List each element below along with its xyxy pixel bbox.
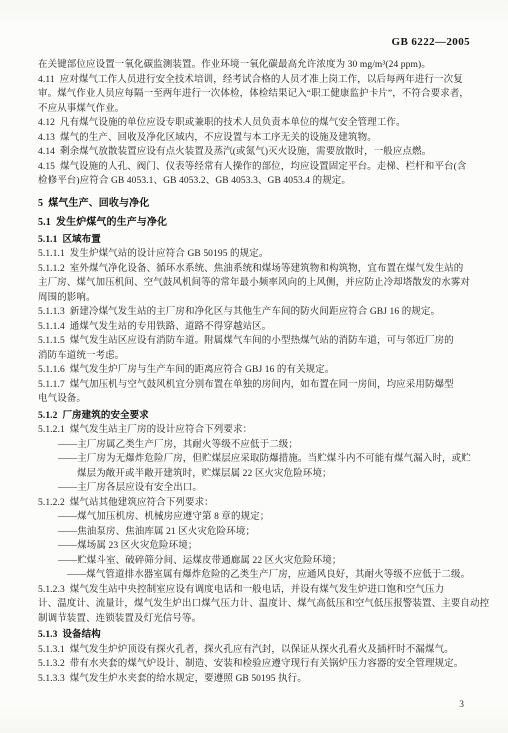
text-line: ——煤场属 23 区火灾危险环境； bbox=[58, 539, 476, 554]
text-line: 5.1.1.3 新建冷煤气发生站的主厂房和净化区与其他生产车间的防火间距应符合 … bbox=[38, 305, 476, 320]
text-line: 5.1.3.1 煤气发生炉炉顶设有探火孔者，探火孔应有汽封，以保证从探火孔看火及… bbox=[38, 643, 476, 658]
text-line: 5.1.1.6 煤气发生炉厂房与生产车间的距离应符合 GBJ 16 的有关规定。 bbox=[38, 363, 476, 378]
text-line: 5.1.1.5 煤气发生站区应设有消防车道。附属煤气车间的小型热煤气站的消防车道… bbox=[38, 334, 476, 349]
text-line: ——焦油泵房、焦油库属 21 区火灾危险环境； bbox=[58, 525, 476, 540]
text-line: 4.13 煤气的生产、回收及净化区域内，不应设置与本工序无关的设施及建筑物。 bbox=[38, 131, 476, 146]
text-line: 5.1.3.3 煤气发生炉水夹套的给水规定，要遵照 GB 50195 执行。 bbox=[38, 672, 476, 687]
text-line: 5.1.2.1 煤气发生站主厂房的设计应符合下列要求： bbox=[38, 423, 476, 438]
text-line: 审。煤气作业人员应每隔一至两年进行一次体检，体检结果记入“职工健康监护卡片”，不… bbox=[38, 87, 476, 102]
section-heading: 5.1.1 区域布置 bbox=[38, 233, 476, 248]
text-line: 5.1.1.1 发生炉煤气站的设计应符合 GB 50195 的规定。 bbox=[38, 247, 476, 262]
text-line: 电气设备。 bbox=[38, 392, 476, 407]
text-line: 5.1.2.3 煤气发生站中央控制室应设有调度电话和一般电话，并设有煤气发生炉进… bbox=[38, 583, 476, 598]
standard-code-header: GB 6222—2005 bbox=[392, 36, 470, 48]
text-line: 消防车道统一考虑。 bbox=[38, 349, 476, 364]
text-line: 计、温度计、流量计，煤气发生炉出口煤气压力计、温度计、煤气高低压和空气低压报警装… bbox=[38, 597, 476, 612]
text-line: 不应从事煤气作业。 bbox=[38, 102, 476, 117]
text-line: 5.1.1.2 室外煤气净化设备、循环水系统、焦油系统和煤场等建筑物和构筑物，宜… bbox=[38, 262, 476, 277]
text-line: ——贮煤斗室、破碎筛分间、运煤皮带通廊属 22 区火灾危险环境； bbox=[58, 554, 476, 569]
text-line: 5.1.2.2 煤气站其他建筑应符合下列要求： bbox=[38, 496, 476, 511]
text-line: 周围的影响。 bbox=[38, 291, 476, 306]
section-heading: 5.1.2 厂房建筑的安全要求 bbox=[38, 409, 476, 424]
text-line: 主厂房、煤气加压机间、空气鼓风机间等的常年最小频率风向的上风侧，并应防止冷却塔散… bbox=[38, 276, 476, 291]
text-line: 4.15 煤气设施的人孔、阀门、仪表等经常有人操作的部位，均应设置固定平台。走梯… bbox=[38, 160, 476, 175]
text-line: ——煤气加压机房、机械房应遵守第 8 章的规定； bbox=[58, 510, 476, 525]
text-line: ——主厂房各层应设有安全出口。 bbox=[58, 481, 476, 496]
section-heading: 5.1 发生炉煤气的生产与净化 bbox=[38, 216, 476, 231]
text-line: 4.12 凡有煤气设施的单位应设专职或兼职的技术人员负责本单位的煤气安全管理工作… bbox=[38, 116, 476, 131]
section-heading: 5.1.3 设备结构 bbox=[38, 628, 476, 643]
text-line: ——主厂房为无爆炸危险厂房，但贮煤层应采取防爆措施。当贮煤斗内不可能有煤气漏入时… bbox=[58, 452, 476, 467]
text-line: 5.1.3.2 带有水夹套的煤气炉设计、制造、安装和检验应遵守现行有关锅炉压力容… bbox=[38, 657, 476, 672]
text-line: 煤层为敞开或半敞开建筑时，贮煤层属 22 区火灾危险环境； bbox=[77, 467, 476, 482]
text-line: 制调节装置、连锁装置及灯光信号等。 bbox=[38, 612, 476, 627]
page-body: 在关键部位应设置一氧化碳监测装置。作业环境一氧化碳最高允许浓度为 30 mg/m… bbox=[38, 58, 476, 686]
text-line: ——主厂房属乙类生产厂房，其耐火等级不应低于二级； bbox=[58, 438, 476, 453]
text-line: 检修平台)应符合 GB 4053.1、GB 4053.2、GB 4053.3、G… bbox=[38, 174, 476, 189]
section-heading: 5 煤气生产、回收与净化 bbox=[38, 197, 476, 212]
page-number: 3 bbox=[459, 700, 464, 710]
document-page: GB 6222—2005 在关键部位应设置一氧化碳监测装置。作业环境一氧化碳最高… bbox=[0, 0, 508, 733]
text-line: 4.11 应对煤气工作人员进行安全技术培训，经考试合格的人员才准上岗工作，以后每… bbox=[38, 73, 476, 88]
text-line: 5.1.1.7 煤气加压机与空气鼓风机宜分别布置在单独的房间内，如布置在同一房间… bbox=[38, 378, 476, 393]
text-line: 4.14 剩余煤气放散装置应设有点火装置及蒸汽(或氮气)灭火设施，需要放散时，一… bbox=[38, 145, 476, 160]
text-line: ——煤气管道排水器室属有爆炸危险的乙类生产厂房，应通风良好，其耐火等级不应低于二… bbox=[67, 568, 476, 583]
text-line: 在关键部位应设置一氧化碳监测装置。作业环境一氧化碳最高允许浓度为 30 mg/m… bbox=[38, 58, 476, 73]
text-line: 5.1.1.4 通煤气发生站的专用铁路、道路不得穿越站区。 bbox=[38, 320, 476, 335]
